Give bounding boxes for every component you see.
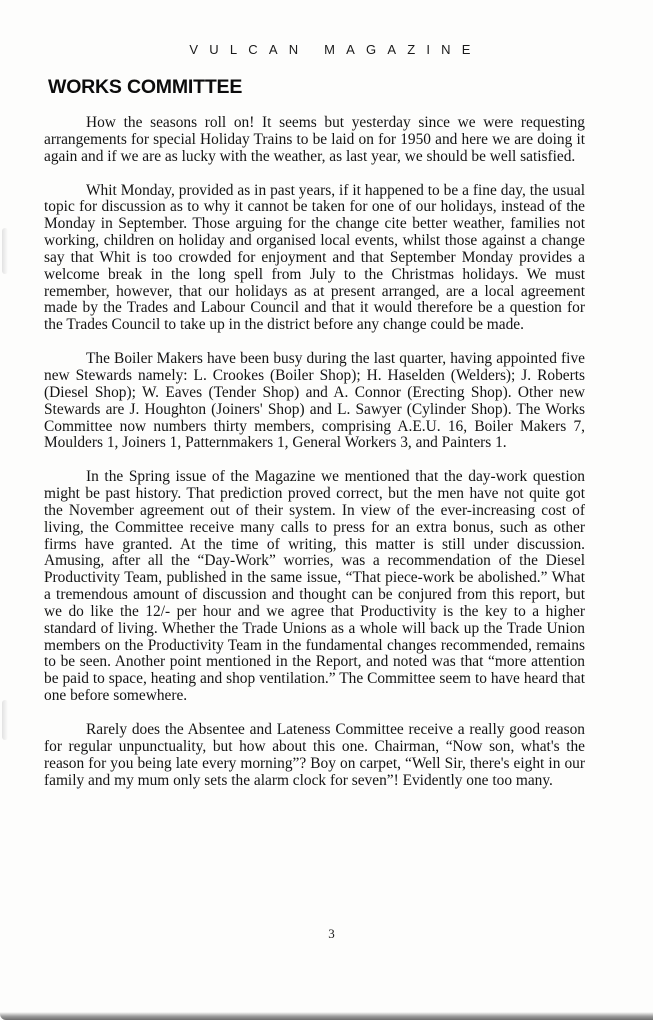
page-bottom-edge: [0, 1012, 653, 1020]
section-title: WORKS COMMITTEE: [48, 76, 242, 99]
running-head: VULCAN MAGAZINE: [0, 42, 653, 57]
magazine-page: VULCAN MAGAZINE WORKS COMMITTEE How the …: [0, 0, 653, 1020]
page-number: 3: [0, 926, 653, 942]
scan-edge-mark: [2, 228, 8, 274]
paragraph-day-work: In the Spring issue of the Magazine we m…: [44, 469, 585, 705]
scan-edge-mark: [2, 700, 8, 740]
paragraph-boiler-makers: The Boiler Makers have been busy during …: [44, 351, 585, 452]
paragraph-lateness-committee: Rarely does the Absentee and Lateness Co…: [44, 722, 585, 789]
article-body: How the seasons roll on! It seems but ye…: [44, 115, 585, 806]
paragraph-whit-monday: Whit Monday, provided as in past years, …: [44, 183, 585, 335]
paragraph-holiday-trains: How the seasons roll on! It seems but ye…: [44, 115, 585, 166]
